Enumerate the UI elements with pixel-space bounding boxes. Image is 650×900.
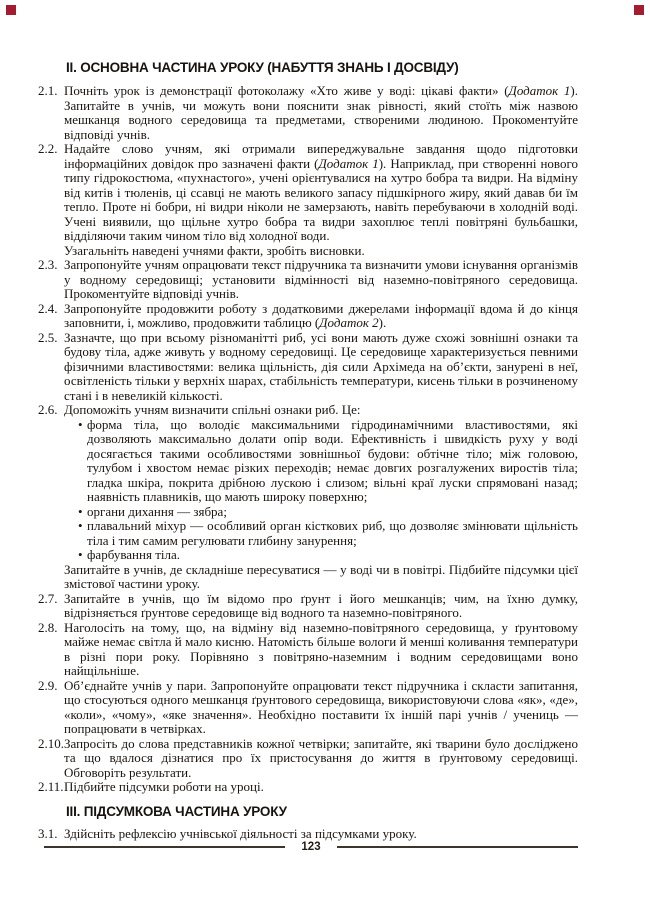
bullet-marker: •: [78, 418, 83, 433]
bullet-marker: •: [78, 519, 83, 534]
item-number: 2.8.: [38, 621, 58, 636]
bullet-marker: •: [78, 548, 83, 563]
text-segment: фарбування тіла.: [87, 547, 180, 562]
text-segment: Зазначте, що при всьому різноманітті риб…: [64, 330, 578, 403]
text-segment: Наголосіть на тому, що, на відміну від н…: [64, 620, 578, 679]
text-segment: ).: [379, 315, 387, 330]
item-paragraph: Запросіть до слова представників кожної …: [64, 737, 578, 781]
list-item: 2.2.Надайте слово учням, які отримали ви…: [38, 142, 578, 258]
item-paragraph: Запропонуйте учням опрацювати текст підр…: [64, 258, 578, 302]
list-item: 2.1.Почніть урок із демонстрації фотокол…: [38, 84, 578, 142]
section-heading: ІІ. ОСНОВНА ЧАСТИНА УРОКУ (НАБУТТЯ ЗНАНЬ…: [66, 60, 578, 76]
bullet-list: •форма тіла, що володіє максимальними гі…: [64, 418, 578, 563]
item-number: 2.11.: [38, 780, 64, 795]
list-item: 2.8.Наголосіть на тому, що, на відміну в…: [38, 621, 578, 679]
item-number: 2.3.: [38, 258, 58, 273]
list-item: 2.9.Об’єднайте учнів у пари. Запропонуйт…: [38, 679, 578, 737]
item-paragraph: Об’єднайте учнів у пари. Запропонуйте оп…: [64, 679, 578, 737]
list-item: 2.5.Зазначте, що при всьому різноманітті…: [38, 331, 578, 404]
text-segment: Об’єднайте учнів у пари. Запропонуйте оп…: [64, 678, 578, 737]
page-number: 123: [301, 840, 320, 854]
item-paragraph: Підбийте підсумки роботи на уроці.: [64, 780, 578, 795]
item-paragraph: Здійсніть рефлексію учнівської діяльност…: [64, 827, 578, 842]
item-number: 2.2.: [38, 142, 58, 157]
list-item: 2.11.Підбийте підсумки роботи на уроці.: [38, 780, 578, 795]
text-segment: Узагальніть наведені учнями факти, зробі…: [64, 243, 365, 258]
list-item: 2.6.Допоможіть учням визначити спільні о…: [38, 403, 578, 592]
text-segment: органи дихання — зябра;: [87, 504, 227, 519]
italic-reference: Додаток 1: [319, 156, 379, 171]
italic-reference: Додаток 1: [509, 83, 571, 98]
item-paragraph: Наголосіть на тому, що, на відміну від н…: [64, 621, 578, 679]
item-paragraph: Запитайте в учнів, що їм відомо про ґрун…: [64, 592, 578, 621]
text-segment: Запропонуйте учням опрацювати текст підр…: [64, 257, 578, 301]
item-number: 3.1.: [38, 827, 58, 842]
italic-reference: Додаток 2: [319, 315, 378, 330]
text-segment: Підбийте підсумки роботи на уроці.: [64, 779, 264, 794]
item-paragraph: Допоможіть учням визначити спільні ознак…: [64, 403, 578, 418]
text-segment: Запитайте в учнів, де складніше пересува…: [64, 562, 578, 592]
item-number: 2.5.: [38, 331, 58, 346]
corner-marker-left: [6, 5, 16, 15]
item-paragraph: Запитайте в учнів, де складніше пересува…: [64, 563, 578, 592]
corner-marker-right: [634, 5, 644, 15]
item-paragraph: Узагальніть наведені учнями факти, зробі…: [64, 244, 578, 259]
item-number: 2.10.: [38, 737, 64, 752]
footer-rule-right: [337, 846, 578, 848]
item-number: 2.4.: [38, 302, 58, 317]
list-item: 2.3.Запропонуйте учням опрацювати текст …: [38, 258, 578, 302]
item-paragraph: Почніть урок із демонстрації фотоколажу …: [64, 84, 578, 142]
section-heading: ІІІ. ПІДСУМКОВА ЧАСТИНА УРОКУ: [66, 804, 578, 820]
text-segment: Запросіть до слова представників кожної …: [64, 736, 578, 780]
bullet-item: •фарбування тіла.: [64, 548, 578, 563]
item-paragraph: Зазначте, що при всьому різноманітті риб…: [64, 331, 578, 404]
bullet-item: •плавальний міхур — особливий орган кіст…: [64, 519, 578, 548]
list-item: 2.7.Запитайте в учнів, що їм відомо про …: [38, 592, 578, 621]
text-segment: форма тіла, що володіє максимальними гід…: [87, 417, 578, 505]
text-segment: Запитайте в учнів, що їм відомо про ґрун…: [64, 591, 578, 621]
item-number: 2.9.: [38, 679, 58, 694]
document-page: { "decor": { "corner_marker_color": "#a5…: [0, 0, 650, 900]
text-segment: Допоможіть учням визначити спільні ознак…: [64, 402, 361, 417]
text-segment: Почніть урок із демонстрації фотоколажу …: [64, 83, 509, 98]
item-number: 2.6.: [38, 403, 58, 418]
bullet-item: •органи дихання — зябра;: [64, 505, 578, 520]
bullet-item: •форма тіла, що володіє максимальними гі…: [64, 418, 578, 505]
list-item: 2.10.Запросіть до слова представників ко…: [38, 737, 578, 781]
item-number: 2.1.: [38, 84, 58, 99]
footer-rule-left: [44, 846, 285, 848]
text-segment: Здійсніть рефлексію учнівської діяльност…: [64, 826, 417, 841]
bullet-marker: •: [78, 505, 83, 520]
list-item: 2.4.Запропонуйте продовжити роботу з дод…: [38, 302, 578, 331]
item-number: 2.7.: [38, 592, 58, 607]
item-paragraph: Надайте слово учням, які отримали випере…: [64, 142, 578, 244]
list-item: 3.1.Здійсніть рефлексію учнівської діяль…: [38, 827, 578, 842]
item-paragraph: Запропонуйте продовжити роботу з додатко…: [64, 302, 578, 331]
page-footer: 123: [44, 840, 578, 854]
text-segment: плавальний міхур — особливий орган кістк…: [87, 518, 578, 548]
lesson-content: ІІ. ОСНОВНА ЧАСТИНА УРОКУ (НАБУТТЯ ЗНАНЬ…: [38, 60, 578, 841]
